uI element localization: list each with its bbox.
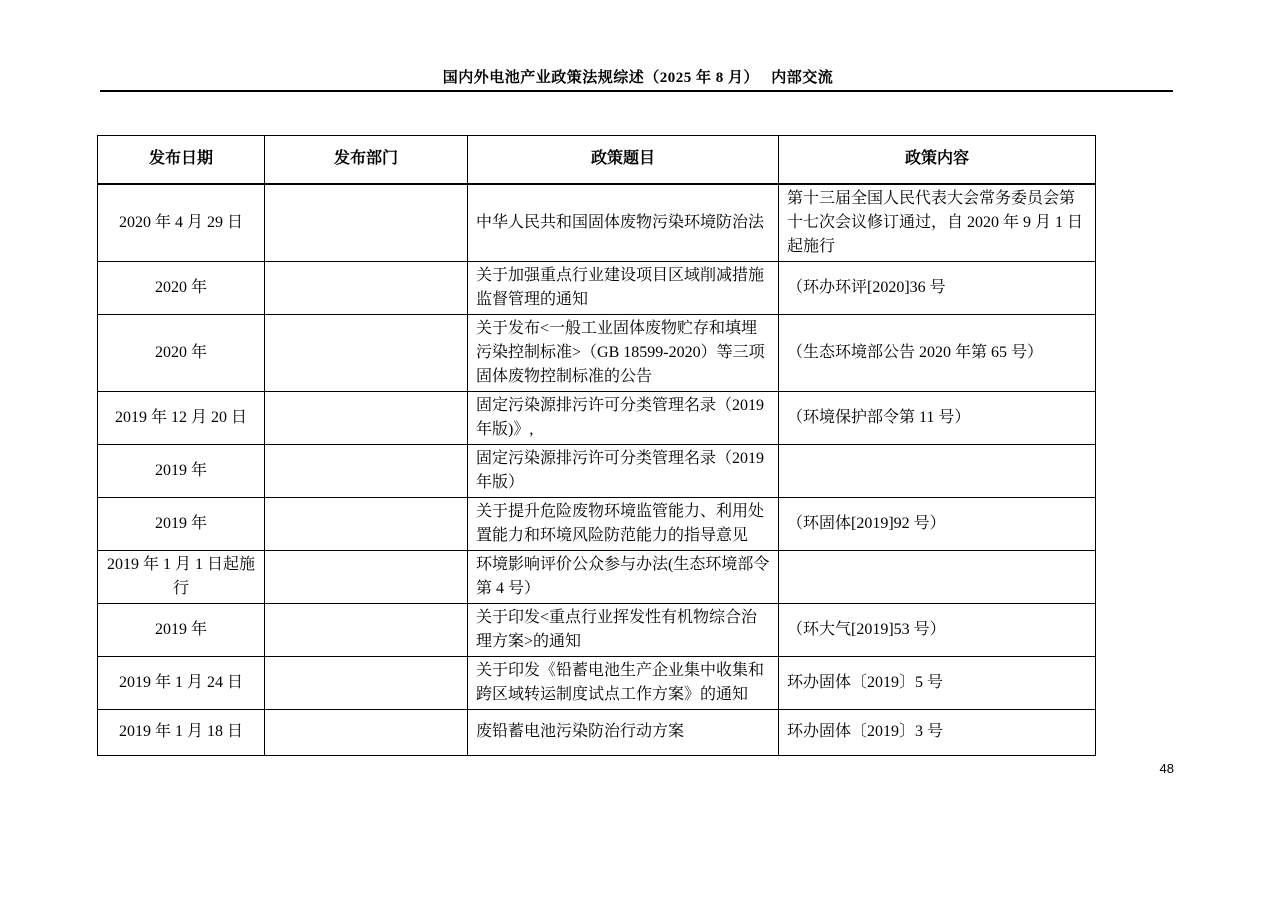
policy-content-cell: （环固体[2019]92 号） (779, 497, 1096, 550)
publish-dept-cell (265, 497, 468, 550)
column-header-publish-date: 发布日期 (98, 136, 265, 184)
publish-date-cell: 2019 年 (98, 444, 265, 497)
policy-title-cell: 环境影响评价公众参与办法(生态环境部令第 4 号） (468, 550, 779, 603)
page-number: 48 (1160, 761, 1174, 776)
table-row: 2019 年 1 月 24 日 关于印发《铅蓄电池生产企业集中收集和跨区域转运制… (98, 656, 1096, 709)
publish-dept-cell (265, 184, 468, 262)
column-header-publish-dept: 发布部门 (265, 136, 468, 184)
table-row: 2019 年 1 月 18 日 废铅蓄电池污染防治行动方案 环办固体〔2019〕… (98, 709, 1096, 755)
publish-dept-cell (265, 444, 468, 497)
policy-title-cell: 关于发布<一般工业固体废物贮存和填埋污染控制标准>（GB 18599-2020）… (468, 314, 779, 391)
policy-content-cell: 第十三届全国人民代表大会常务委员会第十七次会议修订通过，自 2020 年 9 月… (779, 184, 1096, 262)
policy-content-cell: （环办环评[2020]36 号 (779, 261, 1096, 314)
document-header-title: 国内外电池产业政策法规综述（2025 年 8 月） 内部交流 (0, 66, 1276, 87)
policy-title-cell: 固定污染源排污许可分类管理名录（2019 年版） (468, 444, 779, 497)
publish-date-cell: 2019 年 1 月 1 日起施行 (98, 550, 265, 603)
publish-date-cell: 2019 年 (98, 603, 265, 656)
policy-table-body: 2020 年 4 月 29 日 中华人民共和国固体废物污染环境防治法 第十三届全… (98, 184, 1096, 756)
table-row: 2020 年 关于发布<一般工业固体废物贮存和填埋污染控制标准>（GB 1859… (98, 314, 1096, 391)
publish-dept-cell (265, 656, 468, 709)
policy-title-cell: 关于加强重点行业建设项目区域削减措施监督管理的通知 (468, 261, 779, 314)
header-rule (100, 90, 1173, 92)
policy-content-cell: 环办固体〔2019〕3 号 (779, 709, 1096, 755)
publish-dept-cell (265, 603, 468, 656)
publish-date-cell: 2019 年 1 月 24 日 (98, 656, 265, 709)
table-row: 2019 年 1 月 1 日起施行 环境影响评价公众参与办法(生态环境部令第 4… (98, 550, 1096, 603)
publish-dept-cell (265, 314, 468, 391)
publish-date-cell: 2019 年 1 月 18 日 (98, 709, 265, 755)
policy-content-cell: （环大气[2019]53 号） (779, 603, 1096, 656)
document-page: 国内外电池产业政策法规综述（2025 年 8 月） 内部交流 发布日期 发布部门… (0, 0, 1276, 905)
table-row: 2019 年 12 月 20 日 固定污染源排污许可分类管理名录（2019 年版… (98, 391, 1096, 444)
publish-date-cell: 2020 年 (98, 261, 265, 314)
table-row: 2019 年 关于印发<重点行业挥发性有机物综合治理方案>的通知 （环大气[20… (98, 603, 1096, 656)
publish-date-cell: 2019 年 12 月 20 日 (98, 391, 265, 444)
publish-date-cell: 2019 年 (98, 497, 265, 550)
publish-dept-cell (265, 550, 468, 603)
policy-content-cell (779, 550, 1096, 603)
policy-content-cell (779, 444, 1096, 497)
policy-title-cell: 关于印发《铅蓄电池生产企业集中收集和跨区域转运制度试点工作方案》的通知 (468, 656, 779, 709)
policy-title-cell: 关于印发<重点行业挥发性有机物综合治理方案>的通知 (468, 603, 779, 656)
header-row: 发布日期 发布部门 政策题目 政策内容 (98, 136, 1096, 184)
publish-date-cell: 2020 年 4 月 29 日 (98, 184, 265, 262)
policy-title-cell: 中华人民共和国固体废物污染环境防治法 (468, 184, 779, 262)
policy-content-cell: 环办固体〔2019〕5 号 (779, 656, 1096, 709)
policy-content-cell: （生态环境部公告 2020 年第 65 号） (779, 314, 1096, 391)
policy-title-cell: 废铅蓄电池污染防治行动方案 (468, 709, 779, 755)
publish-dept-cell (265, 709, 468, 755)
column-header-policy-title: 政策题目 (468, 136, 779, 184)
publish-dept-cell (265, 391, 468, 444)
table-row: 2019 年 关于提升危险废物环境监管能力、利用处置能力和环境风险防范能力的指导… (98, 497, 1096, 550)
policy-table: 发布日期 发布部门 政策题目 政策内容 2020 年 4 月 29 日 中华人民… (97, 135, 1096, 756)
column-header-policy-content: 政策内容 (779, 136, 1096, 184)
policy-title-cell: 关于提升危险废物环境监管能力、利用处置能力和环境风险防范能力的指导意见 (468, 497, 779, 550)
policy-table-header: 发布日期 发布部门 政策题目 政策内容 (98, 136, 1096, 184)
policy-content-cell: （环境保护部令第 11 号） (779, 391, 1096, 444)
table-row: 2020 年 4 月 29 日 中华人民共和国固体废物污染环境防治法 第十三届全… (98, 184, 1096, 262)
policy-title-cell: 固定污染源排污许可分类管理名录（2019 年版)》, (468, 391, 779, 444)
table-row: 2020 年 关于加强重点行业建设项目区域削减措施监督管理的通知 （环办环评[2… (98, 261, 1096, 314)
table-row: 2019 年 固定污染源排污许可分类管理名录（2019 年版） (98, 444, 1096, 497)
publish-date-cell: 2020 年 (98, 314, 265, 391)
publish-dept-cell (265, 261, 468, 314)
